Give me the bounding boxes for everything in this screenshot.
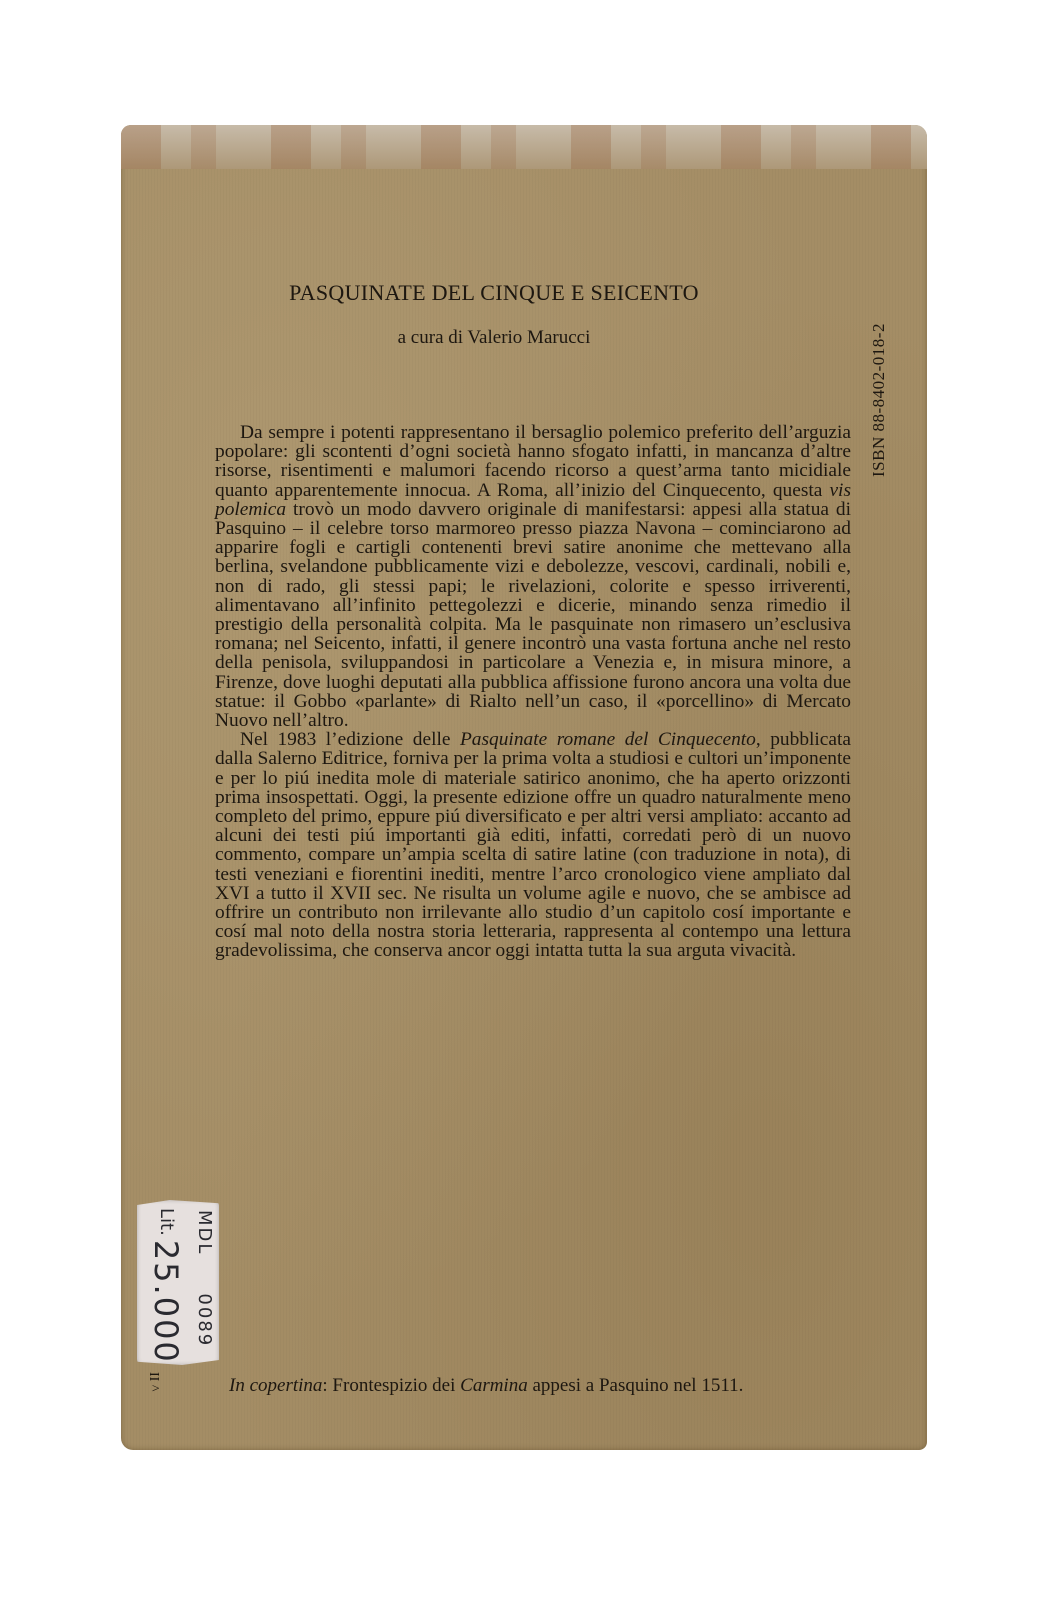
sticker-price: Lit.25.000 [147,1208,185,1364]
cover-caption: In copertina: Frontespizio dei Carmina a… [229,1375,743,1397]
isbn-number: ISBN 88-8402-018-2 [869,323,889,477]
book-back-cover: PASQUINATE DEL CINQUE E SEICENTO a cura … [121,125,927,1450]
sticker-code: MDL0089 [194,1210,215,1347]
price-sticker: MDL0089 Lit.25.000 [137,1200,219,1365]
pencil-mark: II ^ [145,1372,161,1391]
book-title: PASQUINATE DEL CINQUE E SEICENTO [121,280,927,306]
blurb-paragraph-1: Da sempre i potenti rappresentano il ber… [215,423,851,730]
blurb-text: Da sempre i potenti rappresentano il ber… [215,423,851,961]
worn-top-edge [121,125,927,169]
blurb-paragraph-2: Nel 1983 l’edizione delle Pasquinate rom… [215,730,851,960]
book-editor: a cura di Valerio Marucci [121,327,927,349]
